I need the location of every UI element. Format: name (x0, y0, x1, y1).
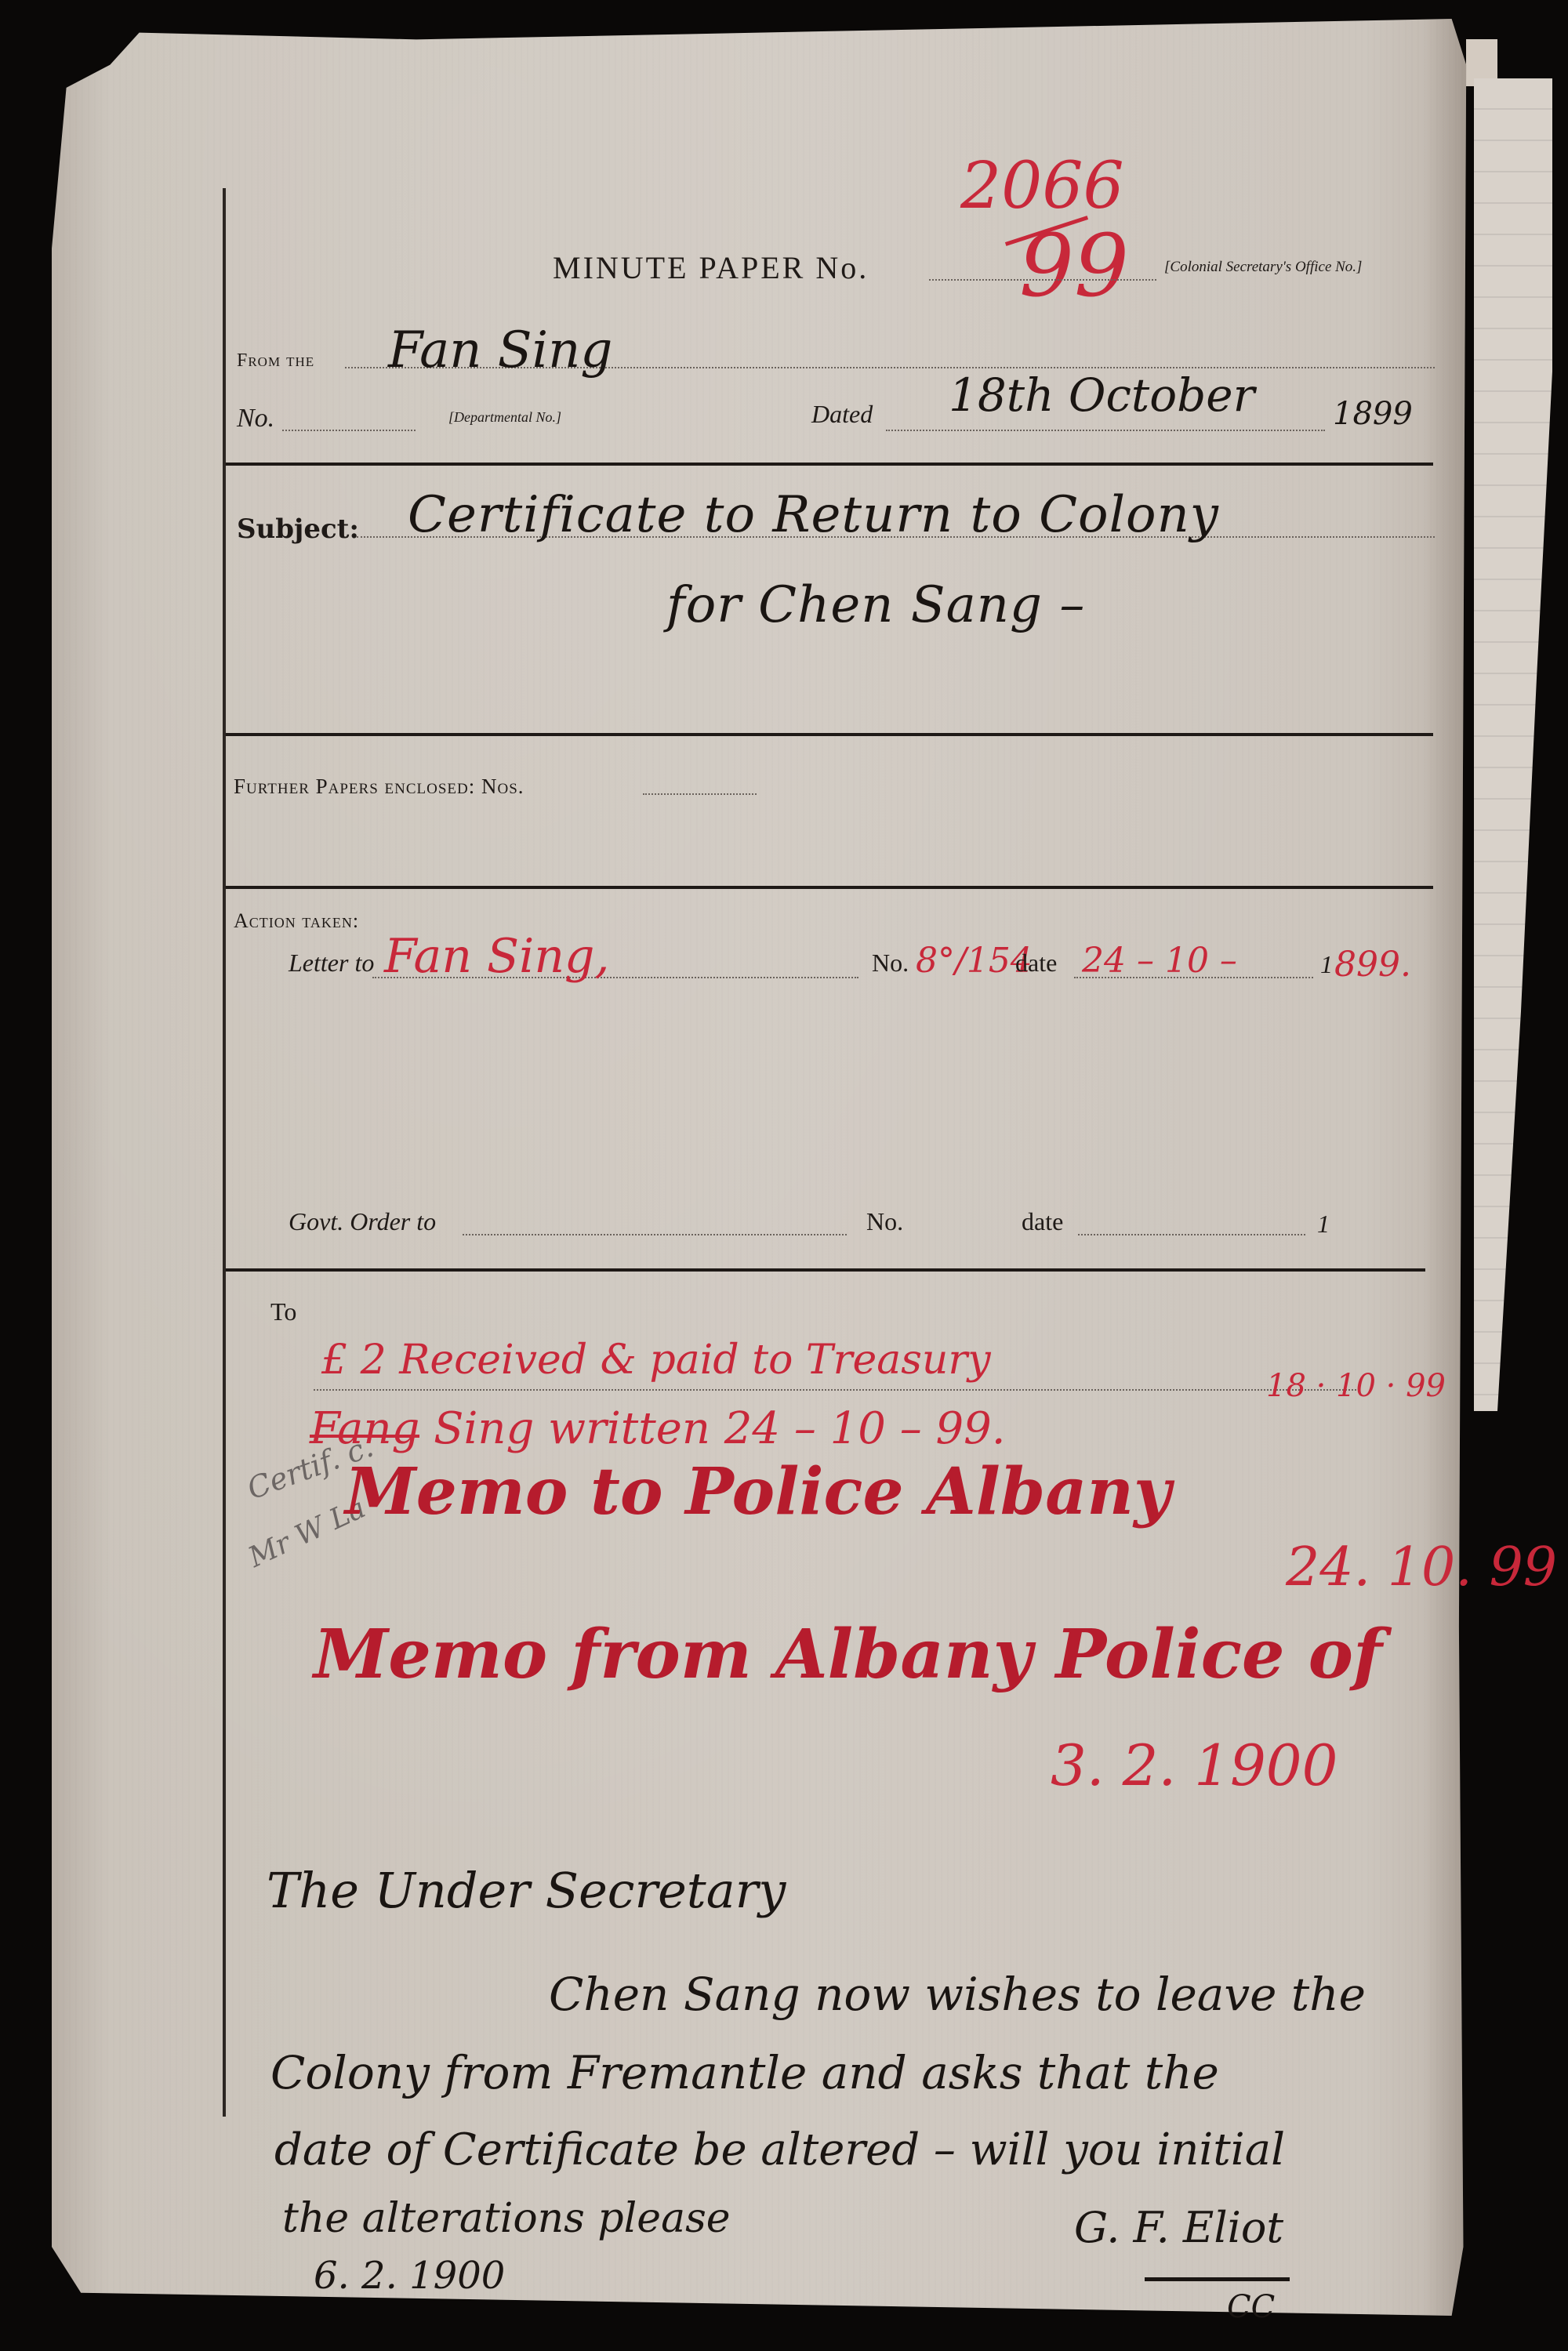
further-papers-line (643, 793, 757, 795)
annotation-memo-to-police-date: 24. 10. 99 (1286, 1536, 1557, 1598)
dated-label: Dated (811, 400, 873, 429)
section-rule-2 (226, 733, 1433, 736)
minute-body-line-2: Colony from Fremantle and asks that the (270, 2046, 1219, 2099)
annotation-treasury-date: 18 · 10 · 99 (1266, 1368, 1446, 1404)
annotation-memo-to-police: Memo to Police Albany (345, 1454, 1171, 1529)
subject-line-2[interactable]: for Chen Sang – (666, 576, 1085, 634)
minute-number-blank (929, 279, 1156, 281)
subject-label: Subject: (237, 513, 359, 545)
minute-number-top: 2066 (960, 149, 1124, 223)
to-label: To (270, 1297, 296, 1326)
to-field-line (314, 1389, 1356, 1391)
annotation-letter-written: Fang Sing written 24 – 10 – 99. (310, 1403, 1006, 1454)
letter-to-label: Letter to (289, 949, 374, 978)
subject-line-1[interactable]: Certificate to Return to Colony (408, 486, 1219, 544)
annotation-memo-from-police-date: 3. 2. 1900 (1051, 1732, 1338, 1798)
from-value[interactable]: Fan Sing (388, 321, 612, 379)
letter-year-value[interactable]: 899. (1334, 945, 1411, 985)
letter-no-label: No. (872, 949, 909, 978)
minute-salutation: The Under Secretary (267, 1862, 786, 1919)
govt-date-label: date (1022, 1207, 1063, 1236)
minute-signature: G. F. Eliot (1074, 2203, 1283, 2252)
letter-date-label: date (1015, 949, 1057, 978)
office-note: [Colonial Secretary's Office No.] (1164, 259, 1362, 276)
signature-underline (1145, 2277, 1290, 2281)
paper-edge-shadow (1424, 19, 1479, 2316)
section-rule-4 (226, 1268, 1425, 1272)
letter-year-prefix: 1 (1320, 950, 1333, 979)
form-title: MINUTE PAPER No. (553, 249, 869, 286)
departmental-note: [Departmental No.] (448, 409, 561, 426)
letter-to-value[interactable]: Fan Sing, (384, 929, 609, 984)
govt-date-line (1078, 1234, 1305, 1235)
govt-order-line (463, 1234, 847, 1235)
minute-body-line-4: the alterations please (282, 2195, 731, 2242)
dated-value[interactable]: 18th October (949, 368, 1254, 422)
govt-no-label: No. (866, 1207, 903, 1236)
action-taken-label: Action taken: (234, 909, 359, 933)
dated-field-line (886, 430, 1325, 431)
left-margin-rule (223, 188, 226, 2117)
minute-body-line-3: date of Certificate be altered – will yo… (274, 2124, 1285, 2175)
minute-date: 6. 2. 1900 (314, 2254, 505, 2298)
minute-body-line-1: Chen Sang now wishes to leave the (549, 1968, 1366, 2021)
no-label: No. (237, 404, 274, 434)
dated-year: 1899 (1333, 396, 1413, 432)
section-rule-1 (226, 463, 1433, 466)
govt-year-prefix: 1 (1317, 1210, 1330, 1239)
minute-number-bottom: 99 (1019, 216, 1129, 316)
signature-title: CC (1227, 2289, 1275, 2325)
letter-date-value[interactable]: 24 – 10 – (1082, 941, 1237, 981)
further-papers-label: Further Papers enclosed: Nos. (234, 775, 524, 799)
govt-order-label: Govt. Order to (289, 1207, 436, 1236)
annotation-treasury: £ 2 Received & paid to Treasury (321, 1337, 991, 1384)
section-rule-3 (226, 886, 1433, 889)
from-label: From the (237, 350, 314, 372)
annotation-memo-from-police: Memo from Albany Police of (314, 1615, 1382, 1694)
underlying-ruled-sheet (1474, 78, 1552, 1411)
departmental-no-line (282, 430, 416, 431)
